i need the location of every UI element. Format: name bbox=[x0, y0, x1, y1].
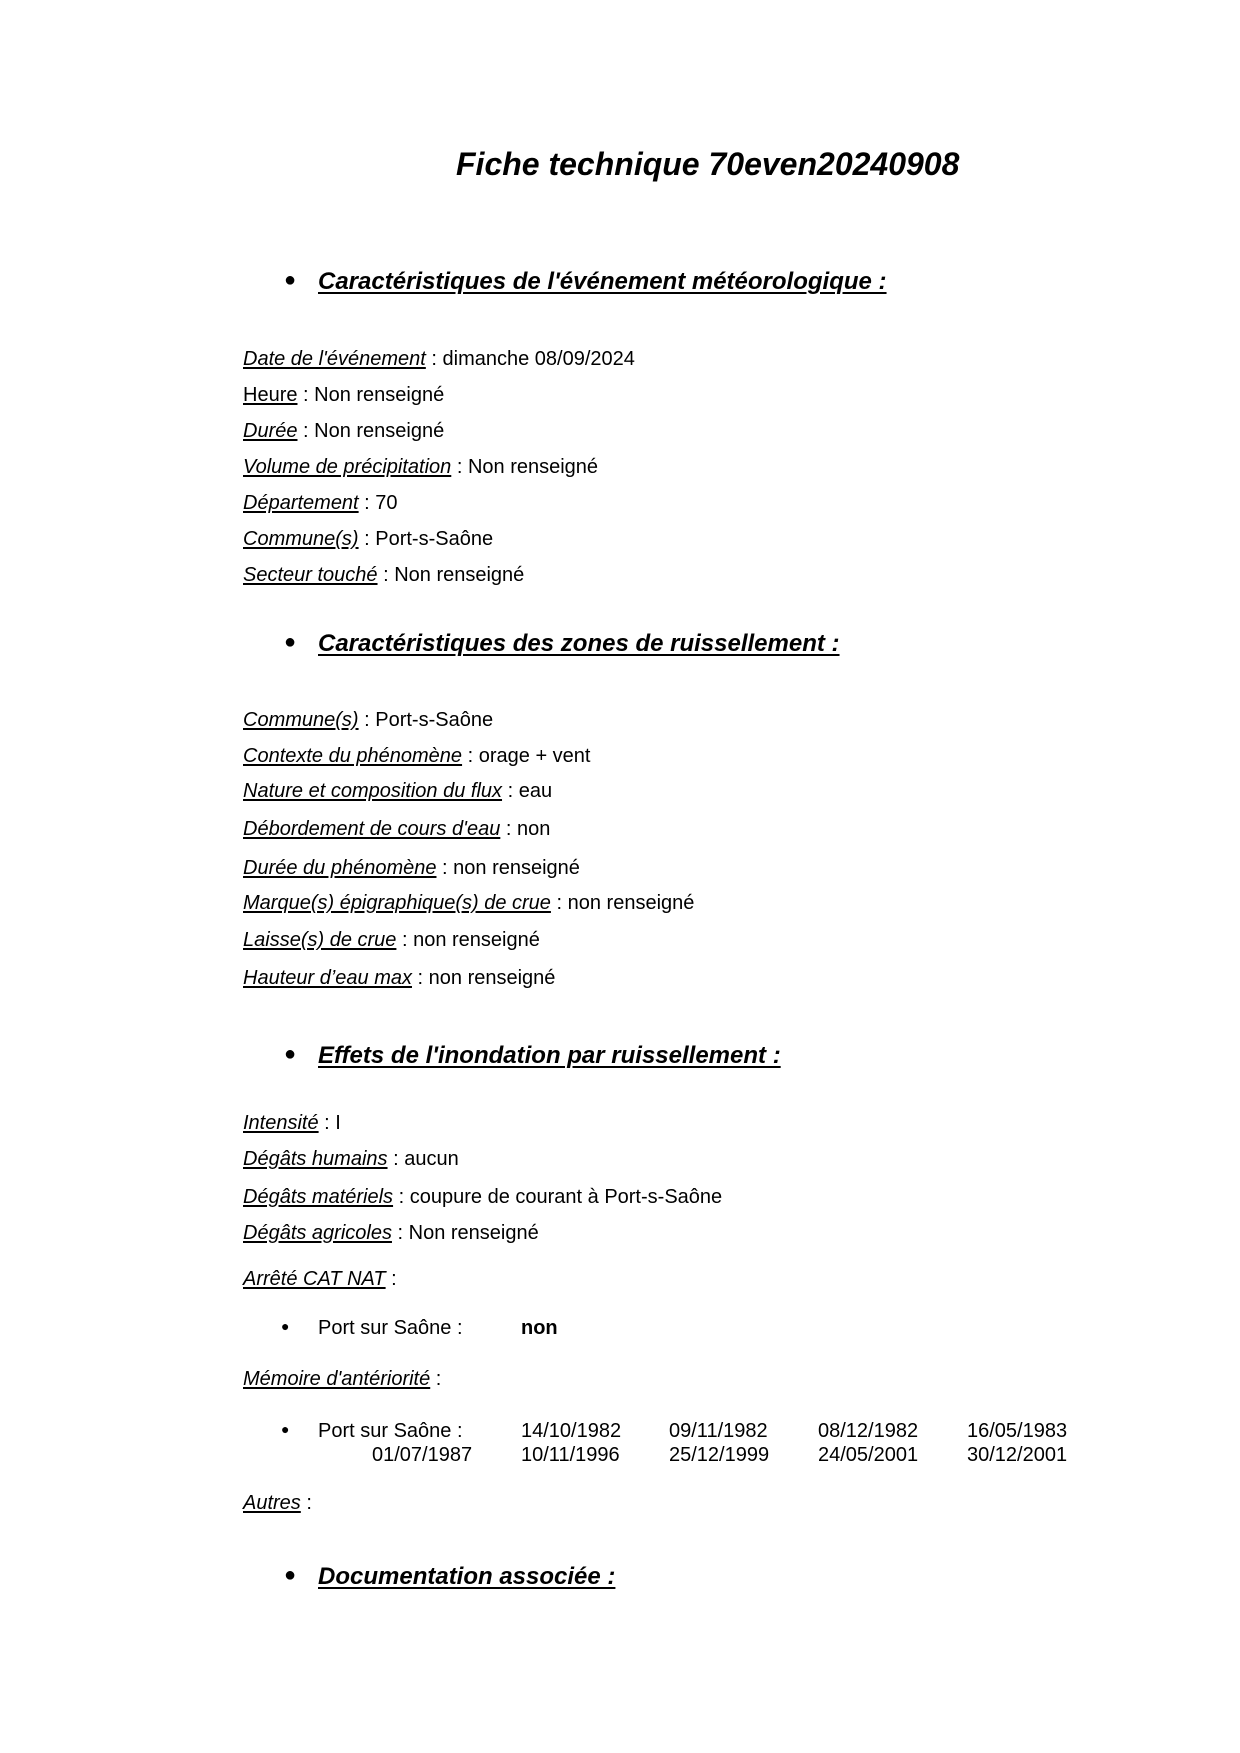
bullet-icon: ● bbox=[284, 269, 318, 292]
memoire-label: Mémoire d'antériorité : bbox=[243, 1368, 441, 1391]
field-communes: Commune(s) : Port-s-Saône bbox=[243, 528, 493, 551]
section-heading-text: Caractéristiques de l'événement météorol… bbox=[318, 268, 887, 295]
memoire-date: 30/12/2001 bbox=[967, 1444, 1067, 1467]
memoire-date: 10/11/1996 bbox=[521, 1444, 620, 1467]
bullet-icon: ● bbox=[281, 1318, 289, 1334]
bullet-icon: ● bbox=[284, 1564, 318, 1587]
field-nature-flux: Nature et composition du flux : eau bbox=[243, 780, 552, 803]
field-debordement: Débordement de cours d'eau : non bbox=[243, 818, 550, 841]
memoire-date: 24/05/2001 bbox=[818, 1444, 918, 1467]
memoire-date: 25/12/1999 bbox=[669, 1444, 769, 1467]
memoire-date: 16/05/1983 bbox=[967, 1420, 1067, 1443]
field-volume: Volume de précipitation : Non renseigné bbox=[243, 456, 598, 479]
section-heading-documentation: ●Documentation associée : bbox=[284, 1563, 615, 1591]
field-departement: Département : 70 bbox=[243, 492, 398, 515]
field-secteur: Secteur touché : Non renseigné bbox=[243, 564, 524, 587]
field-degats-humains: Dégâts humains : aucun bbox=[243, 1148, 459, 1171]
bullet-icon: ● bbox=[281, 1421, 289, 1437]
bullet-icon: ● bbox=[284, 1043, 318, 1066]
section-heading-zones: ●Caractéristiques des zones de ruisselle… bbox=[284, 630, 840, 658]
catnat-value: non bbox=[521, 1317, 558, 1340]
field-date: Date de l'événement : dimanche 08/09/202… bbox=[243, 348, 635, 371]
catnat-label: Arrêté CAT NAT : bbox=[243, 1268, 397, 1291]
field-laisses: Laisse(s) de crue : non renseigné bbox=[243, 929, 540, 952]
section-heading-meteo: ●Caractéristiques de l'événement météoro… bbox=[284, 268, 887, 296]
section-heading-text: Caractéristiques des zones de ruissellem… bbox=[318, 630, 840, 657]
page-title: Fiche technique 70even20240908 bbox=[456, 146, 959, 183]
field-contexte: Contexte du phénomène : orage + vent bbox=[243, 745, 590, 768]
catnat-commune: Port sur Saône : bbox=[318, 1317, 463, 1340]
bullet-icon: ● bbox=[284, 631, 318, 654]
section-heading-effets: ●Effets de l'inondation par ruissellemen… bbox=[284, 1042, 781, 1070]
section-heading-text: Documentation associée : bbox=[318, 1563, 615, 1590]
field-communes-zone: Commune(s) : Port-s-Saône bbox=[243, 709, 493, 732]
field-heure: Heure : Non renseigné bbox=[243, 384, 444, 407]
memoire-date: 01/07/1987 bbox=[372, 1444, 472, 1467]
field-intensite: Intensité : I bbox=[243, 1112, 341, 1135]
memoire-date: 08/12/1982 bbox=[818, 1420, 918, 1443]
autres-label: Autres : bbox=[243, 1492, 312, 1515]
field-hauteur: Hauteur d’eau max : non renseigné bbox=[243, 967, 555, 990]
field-marques: Marque(s) épigraphique(s) de crue : non … bbox=[243, 892, 694, 915]
memoire-date: 09/11/1982 bbox=[669, 1420, 768, 1443]
field-degats-materiels: Dégâts matériels : coupure de courant à … bbox=[243, 1186, 722, 1209]
field-duree-phenomene: Durée du phénomène : non renseigné bbox=[243, 857, 580, 880]
memoire-commune: Port sur Saône : bbox=[318, 1420, 463, 1443]
field-duree: Durée : Non renseigné bbox=[243, 420, 444, 443]
section-heading-text: Effets de l'inondation par ruissellement… bbox=[318, 1042, 781, 1069]
field-degats-agricoles: Dégâts agricoles : Non renseigné bbox=[243, 1222, 539, 1245]
memoire-date: 14/10/1982 bbox=[521, 1420, 621, 1443]
